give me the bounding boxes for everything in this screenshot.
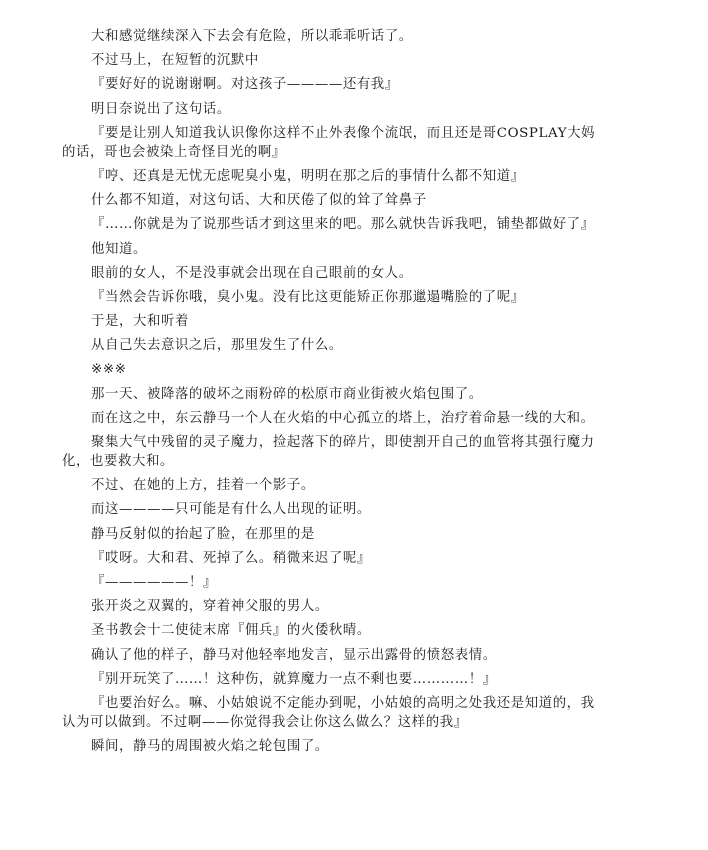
paragraph: 不过马上，在短暂的沉默中: [62, 51, 602, 70]
paragraph: 聚集大气中残留的灵子魔力，捡起落下的碎片，即使割开自己的血管将其强行魔力化，也要…: [62, 433, 602, 471]
paragraph: 他知道。: [62, 240, 602, 259]
paragraph: 『……你就是为了说那些话才到这里来的吧。那么就快告诉我吧，铺垫都做好了』: [62, 215, 602, 234]
section-break: ※※※: [62, 360, 602, 379]
paragraph: 瞬间，静马的周围被火焰之轮包围了。: [62, 737, 602, 756]
paragraph: 张开炎之双翼的，穿着神父服的男人。: [62, 597, 602, 616]
paragraph: 那一天、被降落的破坏之雨粉碎的松原市商业街被火焰包围了。: [62, 385, 602, 404]
paragraph: 什么都不知道，对这句话、大和厌倦了似的耸了耸鼻子: [62, 191, 602, 210]
paragraph: 而这————只可能是有什么人出现的证明。: [62, 500, 602, 519]
paragraph: 确认了他的样子，静马对他轻率地发言，显示出露骨的愤怒表情。: [62, 646, 602, 665]
paragraph: 不过、在她的上方，挂着一个影子。: [62, 476, 602, 495]
paragraph: 明日奈说出了这句话。: [62, 100, 602, 119]
paragraph: 而在这之中，东云静马一个人在火焰的中心孤立的塔上，治疗着命悬一线的大和。: [62, 409, 602, 428]
paragraph: 『要是让别人知道我认识像你这样不止外表像个流氓，而且还是哥COSPLAY大妈的话…: [62, 124, 602, 162]
paragraph: 『也要治好么。嘛、小姑娘说不定能办到呢，小姑娘的高明之处我还是知道的，我认为可以…: [62, 694, 602, 732]
paragraph: 『哎呀。大和君、死掉了么。稍微来迟了呢』: [62, 549, 602, 568]
paragraph: 于是，大和听着: [62, 312, 602, 331]
document-page: 大和感觉继续深入下去会有危险，所以乖乖听话了。 不过马上，在短暂的沉默中 『要好…: [62, 27, 602, 761]
paragraph: 『哼、还真是无忧无虑呢臭小鬼，明明在那之后的事情什么都不知道』: [62, 167, 602, 186]
paragraph: 『别开玩笑了……！这种伤，就算魔力一点不剩也要…………！』: [62, 670, 602, 689]
paragraph: 从自己失去意识之后，那里发生了什么。: [62, 336, 602, 355]
paragraph: 『当然会告诉你哦，臭小鬼。没有比这更能矫正你那邋遢嘴脸的了呢』: [62, 288, 602, 307]
paragraph: 眼前的女人，不是没事就会出现在自己眼前的女人。: [62, 264, 602, 283]
paragraph: 『要好好的说谢谢啊。对这孩子————还有我』: [62, 75, 602, 94]
paragraph: 大和感觉继续深入下去会有危险，所以乖乖听话了。: [62, 27, 602, 46]
paragraph: 圣书教会十二使徒末席『佣兵』的火倭秋晴。: [62, 621, 602, 640]
paragraph: 静马反射似的抬起了脸，在那里的是: [62, 525, 602, 544]
paragraph: 『——————！』: [62, 573, 602, 592]
